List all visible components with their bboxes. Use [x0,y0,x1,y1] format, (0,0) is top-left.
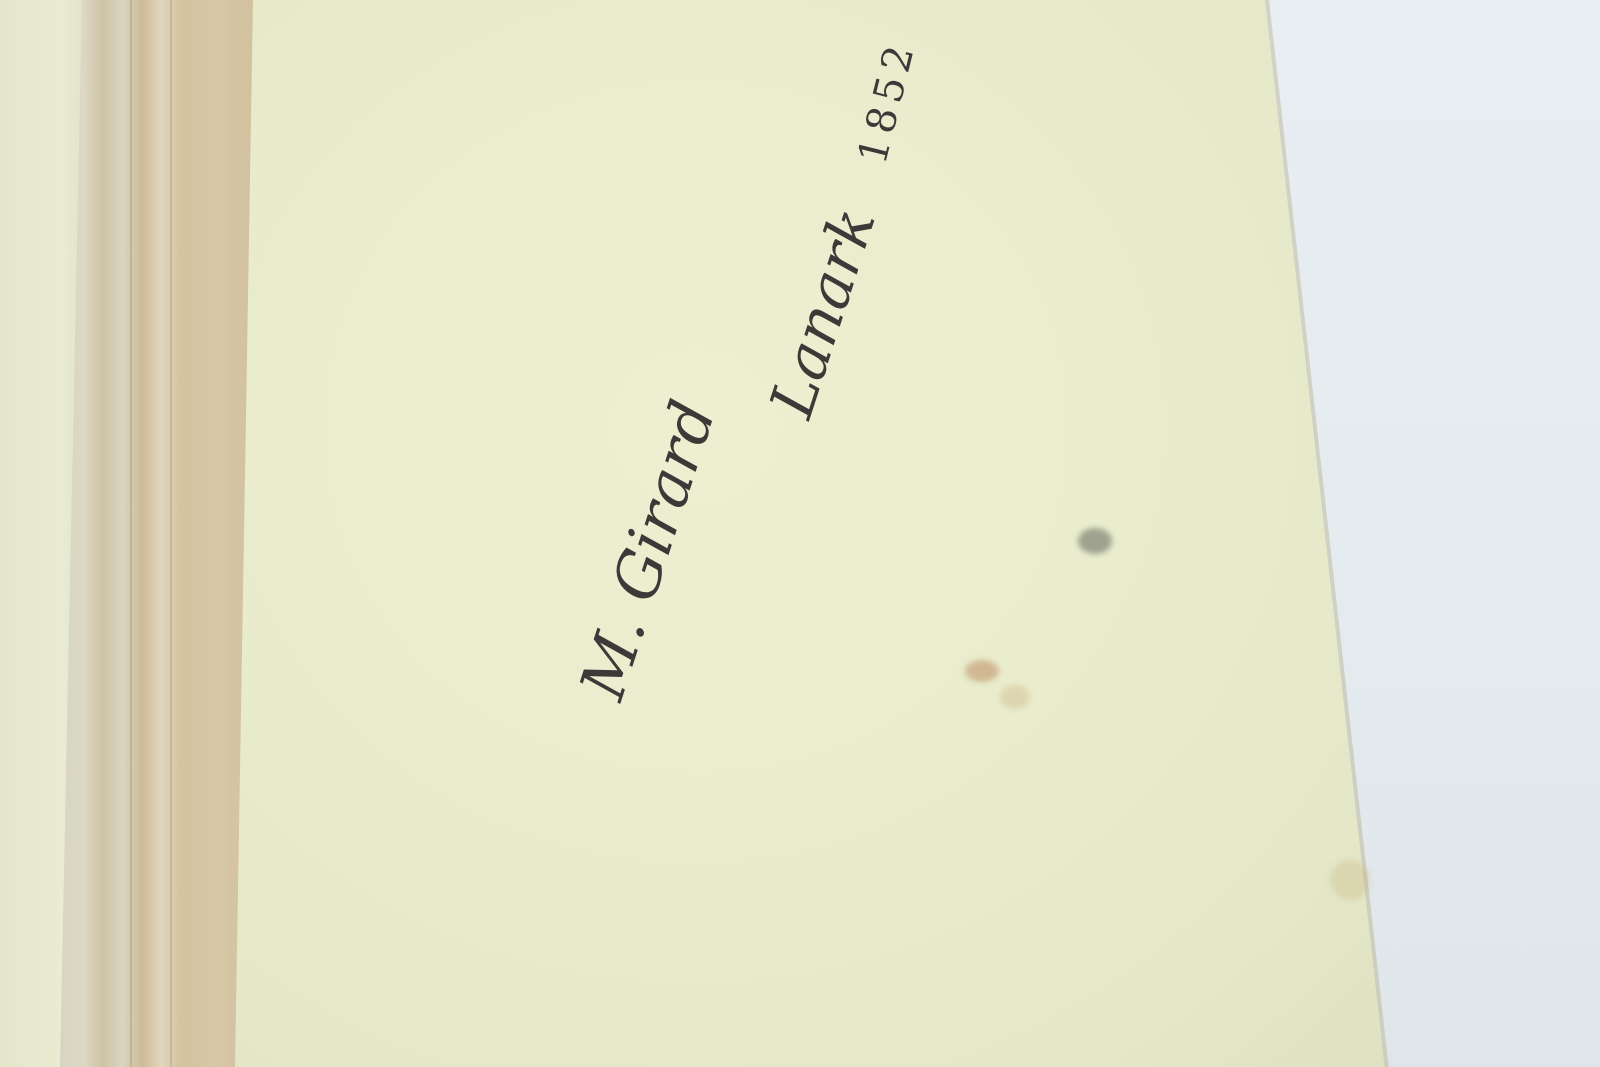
foxing-spot [1000,685,1030,709]
book-photo: M. Girard Lanark 1852 [0,0,1600,1067]
endpaper [235,0,1385,1067]
hinge-crease [170,0,172,1067]
hinge-crease [130,0,132,1067]
ink-spot [1078,528,1112,554]
foxing-spot [1330,860,1370,900]
book-spine-hinge [60,0,255,1067]
foxing-spot [965,660,999,682]
